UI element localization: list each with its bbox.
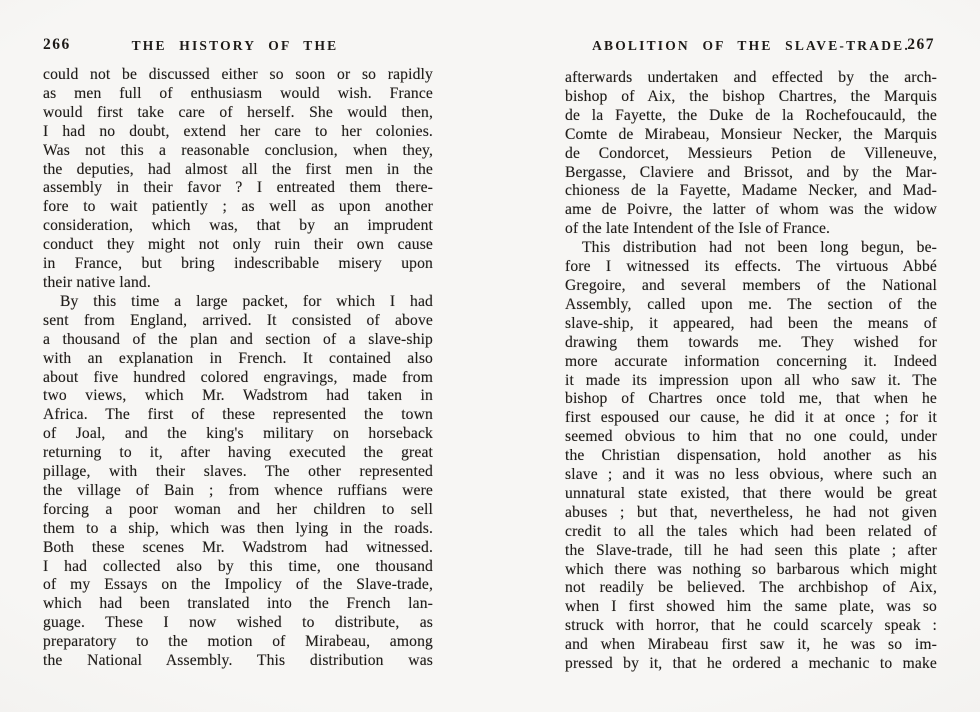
- text-line: the deputies, had almost all the first m…: [43, 161, 433, 180]
- right-page-column: ABOLITION OF THE SLAVE-TRADE. 267 afterw…: [565, 38, 937, 674]
- text-line: when I first showed him the same plate, …: [565, 598, 937, 617]
- text-line: fore to wait patiently ; as well as upon…: [43, 198, 433, 217]
- text-line: abuses ; but that, nevertheless, he had …: [565, 504, 937, 523]
- text-line: de la Fayette, the Duke de la Rochefouca…: [565, 107, 937, 126]
- text-line: Bergasse, Claviere and Brissot, and by t…: [565, 164, 937, 183]
- text-line: Gregoire, and several members of the Nat…: [565, 277, 937, 296]
- text-line: more accurate information concerning it.…: [565, 353, 937, 372]
- text-line: sent from England, arrived. It consisted…: [43, 312, 433, 331]
- text-line: Assembly, called upon me. The section of…: [565, 296, 937, 315]
- text-line: would first take care of herself. She wo…: [43, 104, 433, 123]
- text-line: first espoused our cause, he did it at o…: [565, 409, 937, 428]
- book-spread: 266 THE HISTORY OF THE could not be disc…: [0, 0, 980, 712]
- text-line: consideration, which was, that by an imp…: [43, 217, 433, 236]
- left-running-head: 266 THE HISTORY OF THE: [43, 38, 433, 56]
- text-line: struck with horror, that he could scarce…: [565, 617, 937, 636]
- text-line: their native land.: [43, 274, 433, 293]
- text-line: seemed obvious to him that no one could,…: [565, 428, 937, 447]
- text-line: credit to all the tales which had been r…: [565, 523, 937, 542]
- left-page: 266 THE HISTORY OF THE could not be disc…: [0, 0, 490, 712]
- text-line: de Condorcet, Messieurs Petion de Villen…: [565, 145, 937, 164]
- right-page-text: afterwards undertaken and effected by th…: [565, 69, 937, 674]
- text-line: the Christian dispensation, hold another…: [565, 447, 937, 466]
- text-line: afterwards undertaken and effected by th…: [565, 69, 937, 88]
- text-line: could not be discussed either so soon or…: [43, 66, 433, 85]
- text-line: and when Mirabeau first saw it, he was s…: [565, 636, 937, 655]
- left-page-number: 266: [43, 36, 71, 54]
- text-line: chioness de la Fayette, Madame Necker, a…: [565, 182, 937, 201]
- text-line: pressed by it, that he ordered a mechani…: [565, 655, 937, 674]
- right-page-number: 267: [907, 36, 935, 54]
- text-line: returning to it, after having executed t…: [43, 444, 433, 463]
- text-line: Both these scenes Mr. Wadstrom had witne…: [43, 539, 433, 558]
- text-line: bishop of Chartres once told me, that wh…: [565, 390, 937, 409]
- text-line: of the late Intendent of the Isle of Fra…: [565, 220, 937, 239]
- text-line: preparatory to the motion of Mirabeau, a…: [43, 633, 433, 652]
- text-line: it made its impression upon all who saw …: [565, 372, 937, 391]
- text-line: two views, which Mr. Wadstrom had taken …: [43, 387, 433, 406]
- text-line: forcing a poor woman and her children to…: [43, 501, 433, 520]
- text-line: which had been translated into the Frenc…: [43, 595, 433, 614]
- text-line: a thousand of the plan and section of a …: [43, 331, 433, 350]
- right-running-title: ABOLITION OF THE SLAVE-TRADE.: [592, 38, 910, 53]
- text-line: not readily be believed. The archbishop …: [565, 579, 937, 598]
- text-line: drawing them towards me. They wished for: [565, 334, 937, 353]
- text-line: Was not this a reasonable conclusion, wh…: [43, 142, 433, 161]
- right-running-head: ABOLITION OF THE SLAVE-TRADE. 267: [565, 38, 937, 56]
- text-line: Comte de Mirabeau, Monsieur Necker, the …: [565, 126, 937, 145]
- left-running-title: THE HISTORY OF THE: [132, 38, 339, 53]
- text-line: fore I witnessed its effects. The virtuo…: [565, 258, 937, 277]
- text-line: I had no doubt, extend her care to her c…: [43, 123, 433, 142]
- text-line: in France, but bring indescribable miser…: [43, 255, 433, 274]
- text-line: bishop of Aix, the bishop Chartres, the …: [565, 88, 937, 107]
- text-line: the village of Bain ; from whence ruffia…: [43, 482, 433, 501]
- text-line: which there was nothing so barbarous whi…: [565, 561, 937, 580]
- text-line: guage. These I now wished to distribute,…: [43, 614, 433, 633]
- text-line: Africa. The first of these represented t…: [43, 406, 433, 425]
- text-line: of my Essays on the Impolicy of the Slav…: [43, 576, 433, 595]
- text-line: the Slave-trade, till he had seen this p…: [565, 542, 937, 561]
- left-page-text: could not be discussed either so soon or…: [43, 66, 433, 671]
- text-line: pillage, with their slaves. The other re…: [43, 463, 433, 482]
- text-line: ame de Poivre, the latter of whom was th…: [565, 201, 937, 220]
- text-line: By this time a large packet, for which I…: [43, 293, 433, 312]
- text-line: with an explanation in French. It contai…: [43, 350, 433, 369]
- text-line: the National Assembly. This distribution…: [43, 652, 433, 671]
- text-line: assembly in their favor ? I entreated th…: [43, 179, 433, 198]
- text-line: conduct they might not only ruin their o…: [43, 236, 433, 255]
- text-line: I had collected also by this time, one t…: [43, 558, 433, 577]
- text-line: of Joal, and the king's military on hors…: [43, 425, 433, 444]
- text-line: slave ; and it was no less obvious, wher…: [565, 466, 937, 485]
- text-line: This distribution had not been long begu…: [565, 239, 937, 258]
- text-line: as men full of enthusiasm would wish. Fr…: [43, 85, 433, 104]
- text-line: unnatural state existed, that there woul…: [565, 485, 937, 504]
- text-line: slave-ship, it appeared, had been the me…: [565, 315, 937, 334]
- text-line: them to a ship, which was then lying in …: [43, 520, 433, 539]
- right-page: ABOLITION OF THE SLAVE-TRADE. 267 afterw…: [490, 0, 980, 712]
- text-line: about five hundred colored engravings, m…: [43, 369, 433, 388]
- left-page-column: 266 THE HISTORY OF THE could not be disc…: [43, 38, 433, 671]
